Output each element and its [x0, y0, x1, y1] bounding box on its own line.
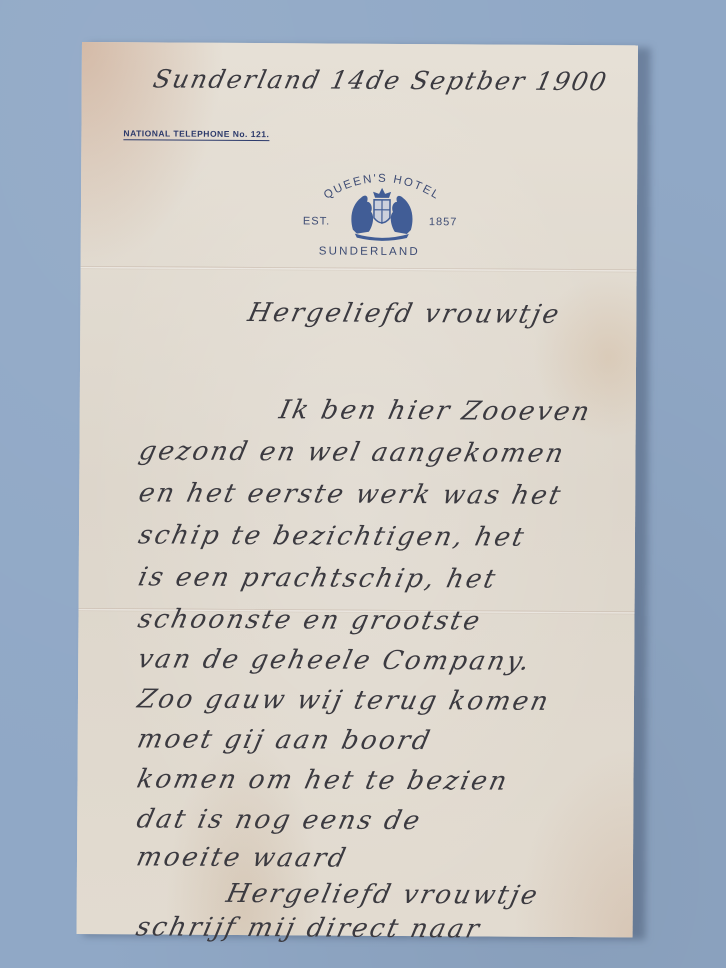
established-label: EST.: [303, 215, 330, 227]
body-line: Ik ben hier Zooeven: [276, 395, 594, 427]
letterhead-crest: QUEEN'S HOTEL EST. 1857 SUNDERLAND: [301, 165, 462, 266]
body-line: schoonste en grootste: [135, 604, 485, 636]
body-line: moeite waard: [134, 842, 351, 873]
hotel-location: SUNDERLAND: [319, 245, 420, 258]
body-line: schrijf mij direct naar: [133, 912, 484, 944]
body-line: Hergeliefd vrouwtje: [224, 879, 543, 911]
fold-crease-upper: [81, 266, 637, 272]
body-line: is een prachtschip, het: [135, 562, 500, 594]
telephone-number: NATIONAL TELEPHONE No. 121.: [123, 128, 269, 141]
body-line: en het eerste werk was het: [136, 478, 565, 511]
dateline: Sunderland 14de Septber 1900: [151, 64, 611, 96]
salutation: Hergeliefd vrouwtje: [245, 298, 564, 330]
established-year: 1857: [429, 216, 458, 228]
body-line: moet gij aan boord: [134, 724, 434, 756]
letter-sheet: Sunderland 14de Septber 1900 NATIONAL TE…: [77, 42, 638, 937]
body-line: gezond en wel aangekomen: [136, 436, 568, 469]
royal-coat-of-arms-icon: [345, 186, 419, 242]
body-line: dat is nog eens de: [134, 804, 425, 836]
body-line: Zoo gauw wij terug komen: [135, 684, 554, 716]
body-line: komen om het te bezien: [134, 764, 512, 796]
body-line: van de geheele Company.: [135, 644, 535, 676]
body-line: schip te bezichtigen, het: [136, 520, 529, 552]
